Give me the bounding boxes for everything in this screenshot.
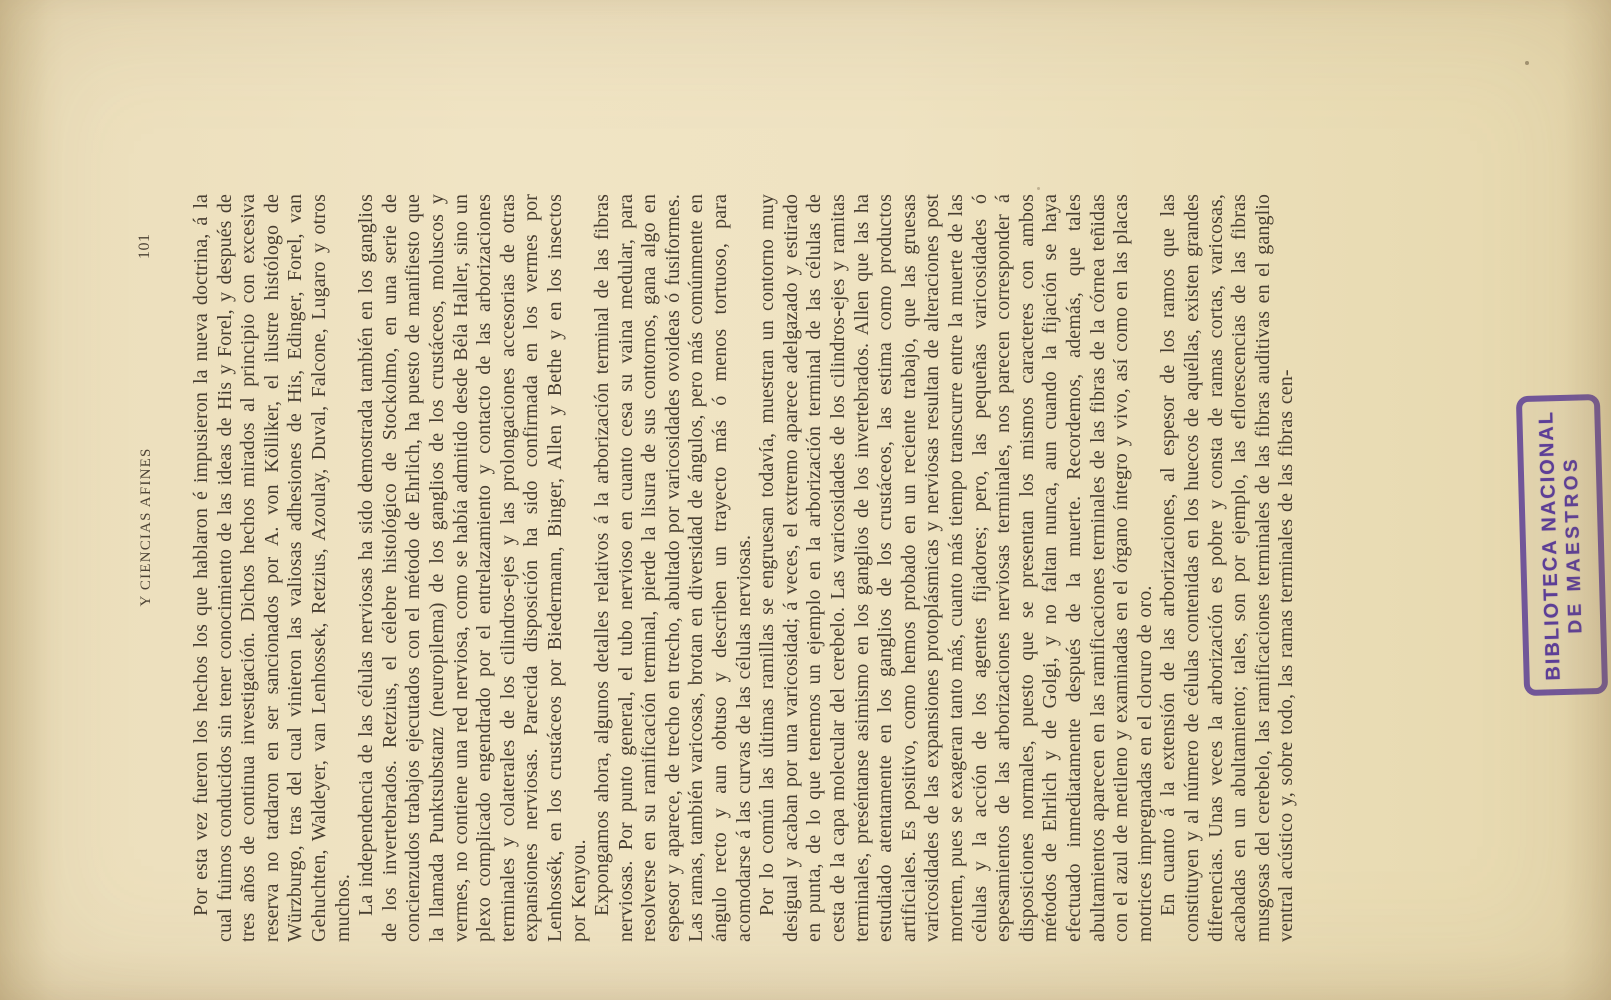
paragraph: Expongamos ahora, algunos detalles relat… bbox=[591, 194, 756, 942]
library-stamp: BIBLIOTECA NACIONAL DE MAESTROS bbox=[1516, 394, 1608, 696]
stamp-line-1: BIBLIOTECA NACIONAL bbox=[1535, 410, 1566, 681]
paragraph: Por lo común las últimas ramillas se eng… bbox=[756, 194, 1157, 942]
page-body-text: Por esta vez fueron los hechos los que h… bbox=[190, 194, 1299, 942]
paragraph: Por esta vez fueron los hechos los que h… bbox=[190, 194, 355, 942]
paper-speck bbox=[1037, 187, 1040, 190]
scanned-book-page: Y CIENCIAS AFINES 101 Por esta vez fuero… bbox=[0, 0, 1611, 1000]
paragraph: En cuanto á la extensión de las arboriza… bbox=[1157, 194, 1299, 942]
book-page: Y CIENCIAS AFINES 101 Por esta vez fuero… bbox=[0, 0, 1611, 1000]
running-head: Y CIENCIAS AFINES bbox=[138, 447, 155, 606]
page-number: 101 bbox=[136, 234, 154, 260]
paragraph: La independencia de las células nerviosa… bbox=[355, 194, 591, 942]
paper-speck bbox=[1525, 61, 1529, 65]
stamp-line-2: DE MAESTROS bbox=[1561, 455, 1588, 633]
